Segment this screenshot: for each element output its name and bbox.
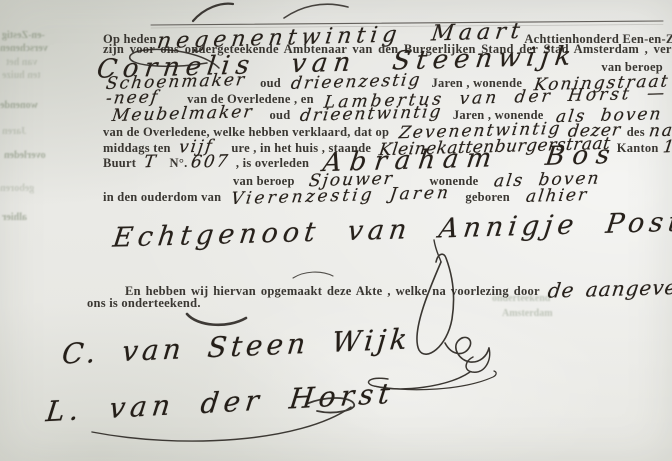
bleedthrough-fragment: wonende xyxy=(0,100,38,111)
entry-buurt-code: T xyxy=(143,152,159,172)
form-text: in den ouderdom van xyxy=(103,190,221,205)
signature-declarant2: L. van der Horst xyxy=(44,377,397,429)
registrar-signature-paraph xyxy=(369,240,497,390)
bleedthrough-fragment: van het xyxy=(6,57,37,68)
ink-check-mark xyxy=(187,314,246,325)
death-record-scan: -en-Zestig verschenen van het ten huize … xyxy=(0,0,672,461)
entry-signed-by: de aangevers en xyxy=(546,273,672,302)
line-closing-2: ons is onderteekend. xyxy=(87,296,201,311)
bleedthrough-fragment: Amsterdam xyxy=(502,308,553,319)
form-text: ons is onderteekend. xyxy=(87,296,201,311)
entry-house-number: 607 xyxy=(190,151,231,172)
bleedthrough-fragment: verschenen xyxy=(0,43,48,54)
bleedthrough-fragment: overleden xyxy=(4,150,46,161)
entry-deceased-birthplace: alhier xyxy=(525,185,590,207)
line-spouse: Echtgenoot van Annigje Post . xyxy=(113,214,672,245)
top-cutoff-stroke xyxy=(193,4,233,21)
entry-deceased-age: Vierenzestig Jaren xyxy=(230,183,453,209)
bleedthrough-fragment: -en-Zestig xyxy=(2,30,45,41)
entry-spouse: Echtgenoot van Annigje Post . xyxy=(111,205,672,253)
entry-canton-number: 1 , xyxy=(661,137,672,158)
form-text: Buurt xyxy=(103,156,136,171)
form-text: Kanton xyxy=(617,141,659,156)
bleedthrough-fragment: alhier xyxy=(2,212,27,223)
bleedthrough-fragment: ten huize xyxy=(2,70,41,81)
form-text: , is overleden xyxy=(236,156,309,171)
line-deceased-age: in den ouderdom van Vierenzestig Jaren g… xyxy=(103,186,588,206)
bleedthrough-fragment: Jaren xyxy=(2,126,26,137)
top-cutoff-stroke xyxy=(284,4,348,18)
bleedthrough-fragment: geboren xyxy=(0,183,34,194)
form-text: geboren xyxy=(465,190,510,205)
line-closing-1: En hebben wij hiervan opgemaakt deze Akt… xyxy=(125,276,672,300)
form-text: N°. xyxy=(170,156,188,171)
signature-declarant1: C. van Steen Wijk xyxy=(61,322,413,370)
